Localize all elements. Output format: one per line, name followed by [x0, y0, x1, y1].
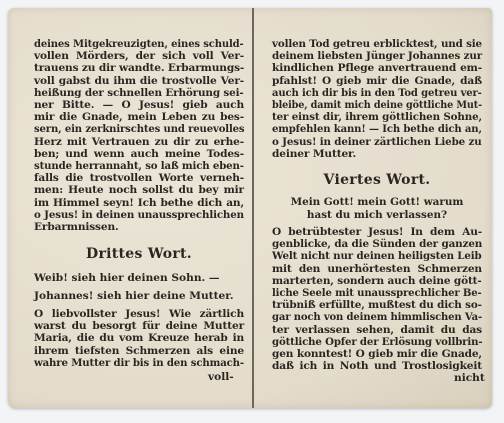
text-line: wahre Mutter dir bis in den schmach-: [34, 357, 235, 369]
text-line: ihrem tiefsten Schmerzen als eine: [34, 345, 244, 357]
text-line: falls die trostvollen Worte verneh-: [34, 172, 244, 184]
text-line: mit den unerhörtesten Schmerzen: [272, 263, 482, 275]
text-line: O betrübtester Jesus! In dem Au-: [272, 226, 482, 238]
text-line: marterten, sondern auch deine gött-: [272, 275, 480, 287]
right-paragraph-1: vollen Tod getreu erblicktest, und sie d…: [272, 38, 482, 160]
verse-line: Weib! sieh hier deinen Sohn. —: [34, 272, 220, 284]
catchword: voll-: [208, 371, 234, 383]
text-line: trübniß erfüllte, mußtest du dich so-: [272, 299, 478, 311]
text-line: göttliche Opfer der Erlösung vollbrin-: [272, 336, 473, 348]
text-line: Erbarmnissen.: [34, 221, 244, 233]
text-line: deinem liebsten Jünger Johannes zur: [272, 50, 477, 62]
text-line: heißung der schnellen Erhörung sei-: [34, 87, 240, 99]
text-line: bleibe, damit mich deine göttliche Mut-: [272, 99, 463, 111]
left-paragraph-1: deines Mitgekreuzigten, eines schuld- vo…: [34, 38, 244, 233]
catchword: nicht: [454, 372, 485, 384]
right-page: vollen Tod getreu erblicktest, und sie d…: [254, 8, 492, 408]
text-line: liche Seele mit unaussprechlicher Be-: [272, 287, 472, 299]
text-line: ben; und wenn auch meine Todes-: [34, 148, 244, 160]
text-line: vollen Tod getreu erblicktest, und sie: [272, 38, 476, 50]
text-line: deines Mitgekreuzigten, eines schuld-: [34, 38, 233, 50]
text-line: o Jesus! in deiner zärtlichen Liebe zu: [272, 136, 476, 148]
text-line: men: Heute noch sollst du bey mir: [34, 184, 244, 196]
text-line: genblicke, da die Sünden der ganzen: [272, 238, 478, 250]
section-heading-viertes-wort: Viertes Wort.: [272, 172, 482, 188]
text-line: stunde herrannaht, so laß mich eben-: [34, 160, 235, 172]
text-line: mir die Gnade, mein Leben zu bes-: [34, 111, 244, 123]
text-line: warst du besorgt für deine Mutter: [34, 320, 244, 332]
section-heading-drittes-wort: Drittes Wort.: [34, 246, 244, 262]
text-line: vollen Mörders, der sich voll Ver-: [34, 50, 244, 62]
text-line: daß ich in Noth und Trostlosigkeit: [272, 360, 482, 372]
text-line: empfehlen kann! — Ich bethe dich an,: [272, 123, 472, 135]
text-line: Herz mit Vertrauen zu dir zu erhe-: [34, 136, 244, 148]
text-line: Maria, die du vom Kreuze herab in: [34, 332, 244, 344]
text-line: pfahlst! O gieb mir die Gnade, daß: [272, 75, 482, 87]
verse-line: Mein Gott! mein Gott! warum: [272, 196, 482, 209]
text-line: trauens zu dir wandte. Erbarmungs-: [34, 62, 244, 74]
open-book: deines Mitgekreuzigten, eines schuld- vo…: [8, 8, 492, 408]
text-line: im Himmel seyn! Ich bethe dich an,: [34, 197, 244, 209]
text-line: Welt nicht nur deinen heiligsten Leib: [272, 250, 475, 262]
left-page: deines Mitgekreuzigten, eines schuld- vo…: [8, 8, 252, 408]
left-paragraph-2: O liebvollster Jesus! Wie zärtlich warst…: [34, 308, 244, 369]
text-line: ner Bitte. — O Jesus! gieb auch: [34, 99, 244, 111]
text-line: sern, ein zerknirschtes und reuevolles: [34, 123, 234, 135]
text-line: o Jesus! in deinen unaussprechlichen: [34, 209, 237, 221]
text-line: deiner Mutter.: [272, 148, 482, 160]
right-paragraph-2: O betrübtester Jesus! In dem Au- genblic…: [272, 226, 482, 372]
text-line: kindlichen Pflege anvertrauend em-: [272, 62, 482, 74]
text-line: O liebvollster Jesus! Wie zärtlich: [34, 308, 244, 320]
text-line: gar noch von deinem himmlischen Va-: [272, 311, 471, 323]
verse-line: hast du mich verlassen?: [272, 209, 482, 222]
text-line: voll gabst du ihm die trostvolle Ver-: [34, 75, 244, 87]
text-line: gen konntest! O gieb mir die Gnade,: [272, 348, 481, 360]
text-line: ter verlassen sehen, damit du das: [272, 324, 482, 336]
text-line: auch ich dir bis in den Tod getreu ver-: [272, 87, 471, 99]
text-line: ter einst dir, ihrem göttlichen Sohne,: [272, 111, 476, 123]
verse-line: Johannes! sieh hier deine Mutter.: [34, 290, 234, 302]
